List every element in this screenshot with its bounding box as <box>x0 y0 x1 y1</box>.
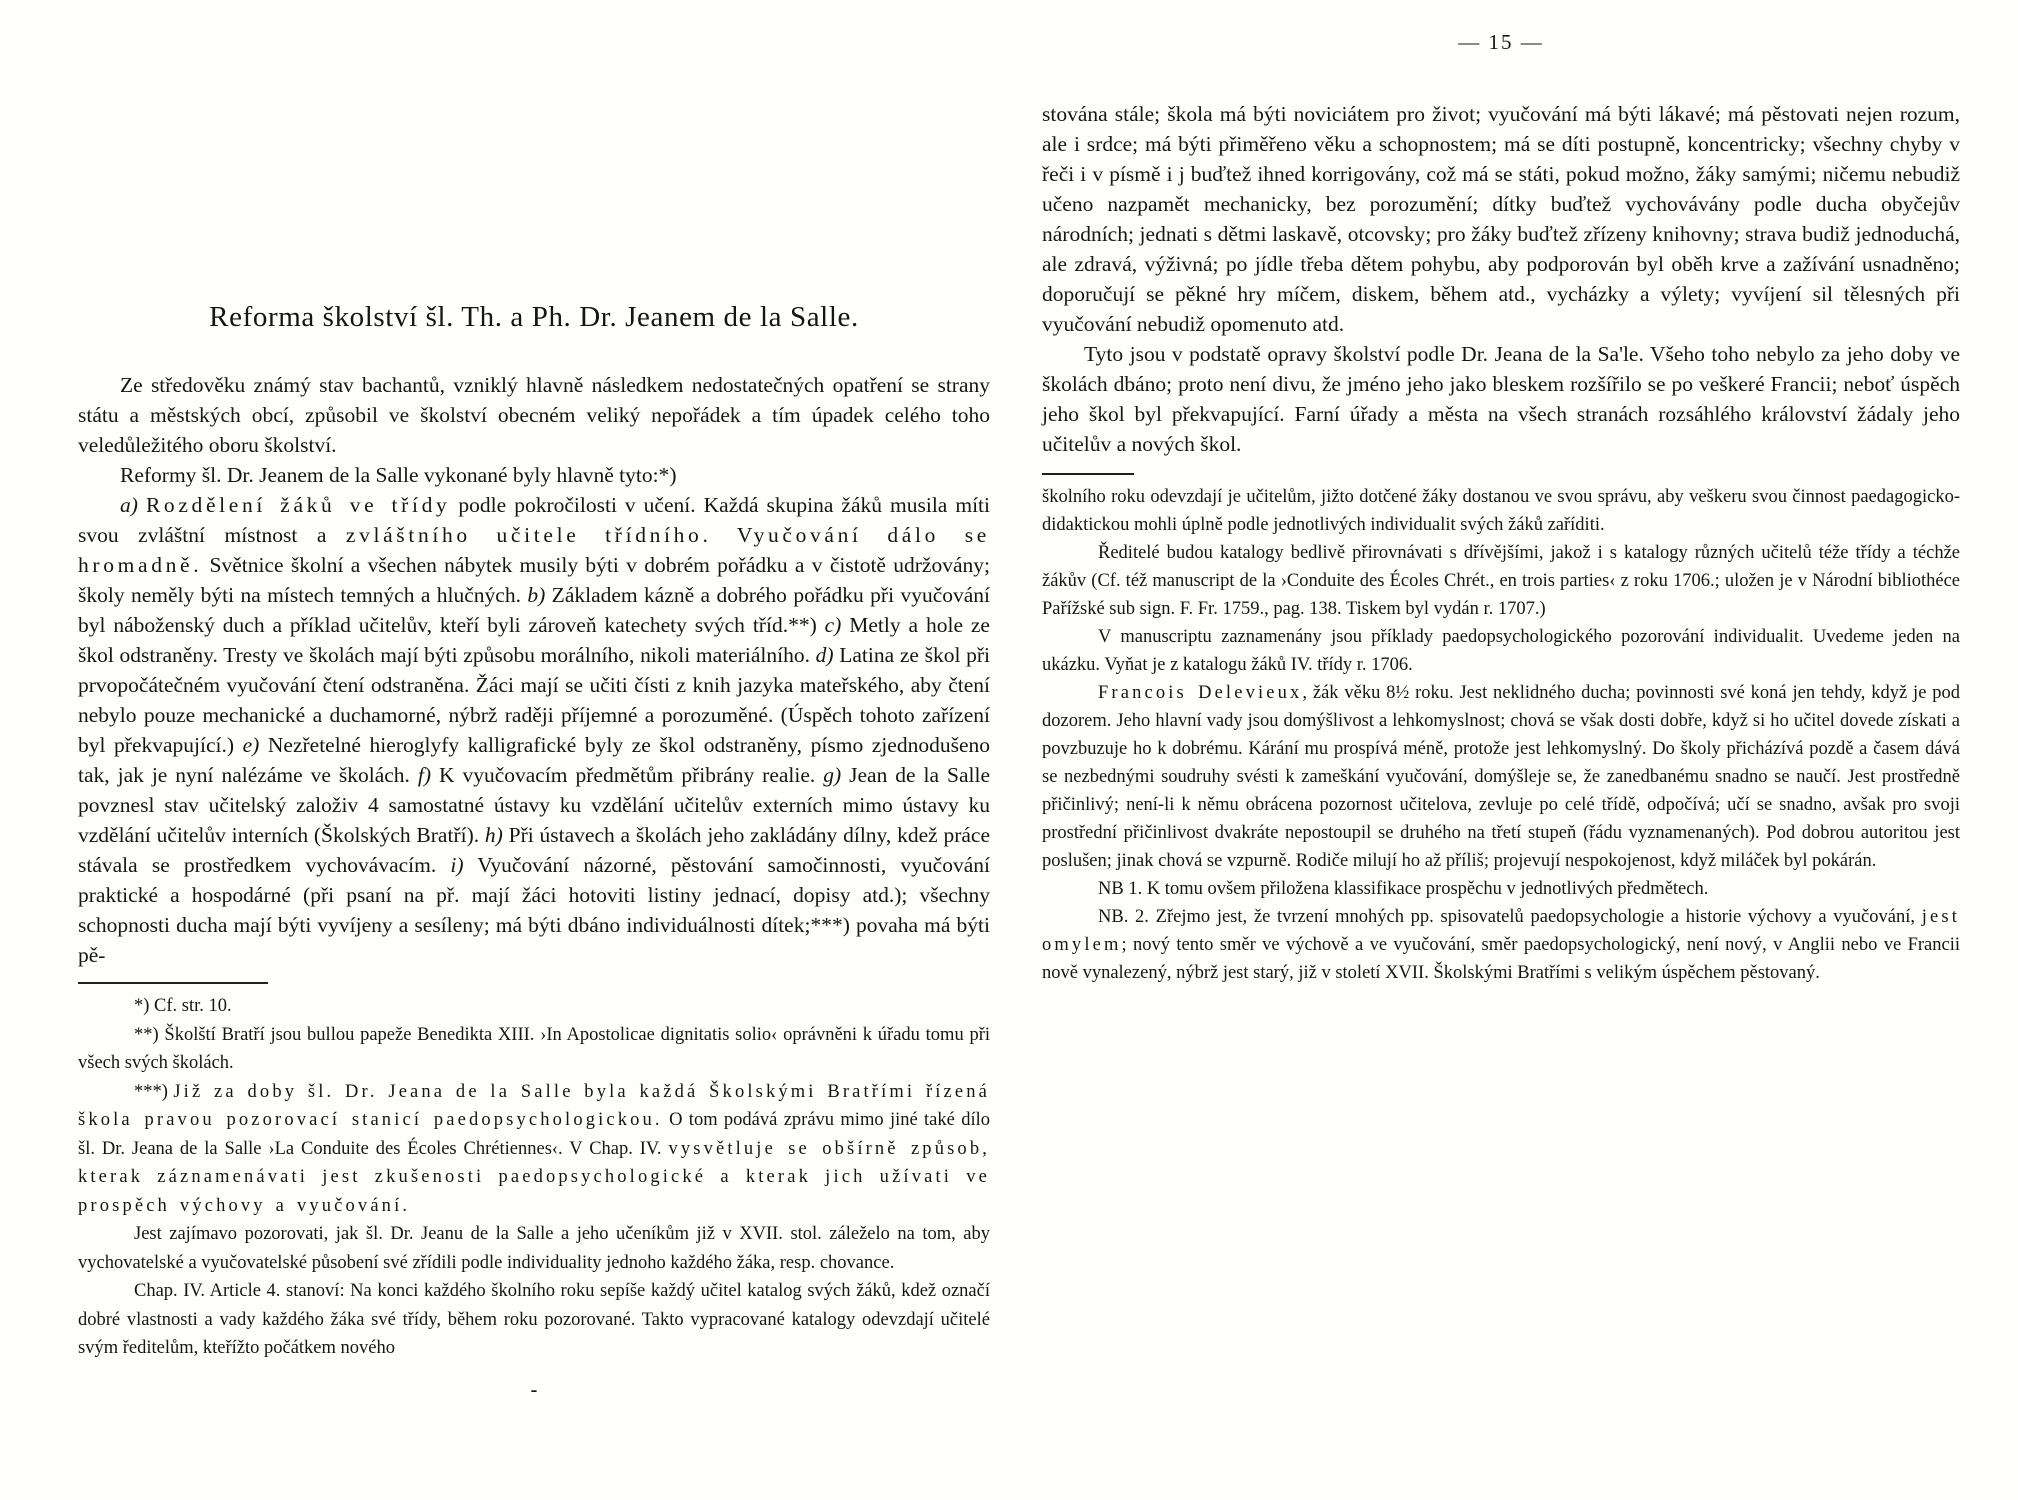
paragraph: ***) Již za doby šl. Dr. Jeana de la Sal… <box>78 1078 990 1221</box>
text-segment: K vyučovacím předmětům přibrány realie. <box>431 763 823 787</box>
text-segment: Francois Delevieux <box>1098 683 1302 703</box>
left-footnotes: *) Cf. str. 10.**) Školští Bratří jsou b… <box>78 992 990 1363</box>
page-number: — 15 — <box>1042 30 1960 55</box>
text-segment: NB 1. K tomu ovšem přiložena klassifikac… <box>1098 879 1708 899</box>
paragraph: NB. 2. Zřejmo jest, že tvrzení mnohých p… <box>1042 903 1960 987</box>
paragraph: Ze středověku známý stav bachantů, vznik… <box>78 370 990 460</box>
footnote-separator-rule <box>1042 473 1134 475</box>
paragraph: Jest zajímavo pozorovati, jak šl. Dr. Je… <box>78 1220 990 1277</box>
left-body-text: Ze středověku známý stav bachantů, vznik… <box>78 370 990 970</box>
text-segment: Ředitelé budou katalogy bedlivě přirovná… <box>1042 543 1960 619</box>
paragraph: a) Rozdělení žáků ve třídy podle pokroči… <box>78 490 990 970</box>
text-segment: g) <box>823 763 841 787</box>
text-segment: NB. 2. Zřejmo jest, že tvrzení mnohých p… <box>1098 907 1922 927</box>
text-segment: ; nový tento směr ve výchově a ve vyučov… <box>1042 935 1960 983</box>
text-segment: c) <box>825 613 842 637</box>
text-segment: Reformy šl. Dr. Jeanem de la Salle vykon… <box>120 463 676 487</box>
paragraph: stována stále; škola má býti noviciátem … <box>1042 99 1960 339</box>
paragraph: Tyto jsou v podstatě opravy školství pod… <box>1042 339 1960 459</box>
paragraph: V manuscriptu zaznamenány jsou příklady … <box>1042 623 1960 679</box>
book-spread: Reforma školství šl. Th. a Ph. Dr. Jeane… <box>0 0 2018 1500</box>
article-title: Reforma školství šl. Th. a Ph. Dr. Jeane… <box>78 300 990 334</box>
text-segment: i) <box>450 853 463 877</box>
paragraph: Chap. IV. Article 4. stanoví: Na konci k… <box>78 1277 990 1363</box>
paragraph: Ředitelé budou katalogy bedlivě přirovná… <box>1042 539 1960 623</box>
text-segment: Rozdělení žáků ve třídy <box>146 493 450 517</box>
text-segment: a) <box>120 493 138 517</box>
text-segment: Tyto jsou v podstatě opravy školství pod… <box>1042 342 1960 456</box>
text-segment: e) <box>243 733 260 757</box>
paragraph: Reformy šl. Dr. Jeanem de la Salle vykon… <box>78 460 990 490</box>
text-segment: d) <box>816 643 834 667</box>
text-segment: **) Školští Bratří jsou bullou papeže Be… <box>78 1025 990 1074</box>
right-footnotes: školního roku odevzdají je učitelům, již… <box>1042 483 1960 987</box>
text-segment: Jest zajímavo pozorovati, jak šl. Dr. Je… <box>78 1224 990 1273</box>
paragraph: NB 1. K tomu ovšem přiložena klassifikac… <box>1042 875 1960 903</box>
text-segment: Chap. IV. Article 4. stanoví: Na konci k… <box>78 1281 990 1358</box>
paragraph: *) Cf. str. 10. <box>78 992 990 1021</box>
page-right: — 15 — stována stále; škola má býti novi… <box>1042 0 1960 987</box>
paragraph: Francois Delevieux, žák věku 8½ roku. Je… <box>1042 679 1960 875</box>
text-segment: stována stále; škola má býti noviciátem … <box>1042 102 1960 336</box>
paragraph: školního roku odevzdají je učitelům, již… <box>1042 483 1960 539</box>
text-segment: školního roku odevzdají je učitelům, již… <box>1042 487 1960 535</box>
paragraph: **) Školští Bratří jsou bullou papeže Be… <box>78 1021 990 1078</box>
text-segment: *) Cf. str. 10. <box>134 996 232 1016</box>
right-body-text: stována stále; škola má býti noviciátem … <box>1042 99 1960 459</box>
text-segment: ***) <box>134 1082 173 1102</box>
text-segment <box>138 493 146 517</box>
text-segment: V manuscriptu zaznamenány jsou příklady … <box>1042 627 1960 675</box>
page-left: Reforma školství šl. Th. a Ph. Dr. Jeane… <box>78 0 990 1402</box>
text-segment: h) <box>485 823 503 847</box>
catchword-mark: - <box>78 1379 990 1402</box>
text-segment: f) <box>418 763 431 787</box>
text-segment: , žák věku 8½ roku. Jest neklidného duch… <box>1042 683 1960 871</box>
text-segment: Ze středověku známý stav bachantů, vznik… <box>78 373 990 457</box>
text-segment: b) <box>527 583 545 607</box>
footnote-separator-rule <box>78 982 268 984</box>
